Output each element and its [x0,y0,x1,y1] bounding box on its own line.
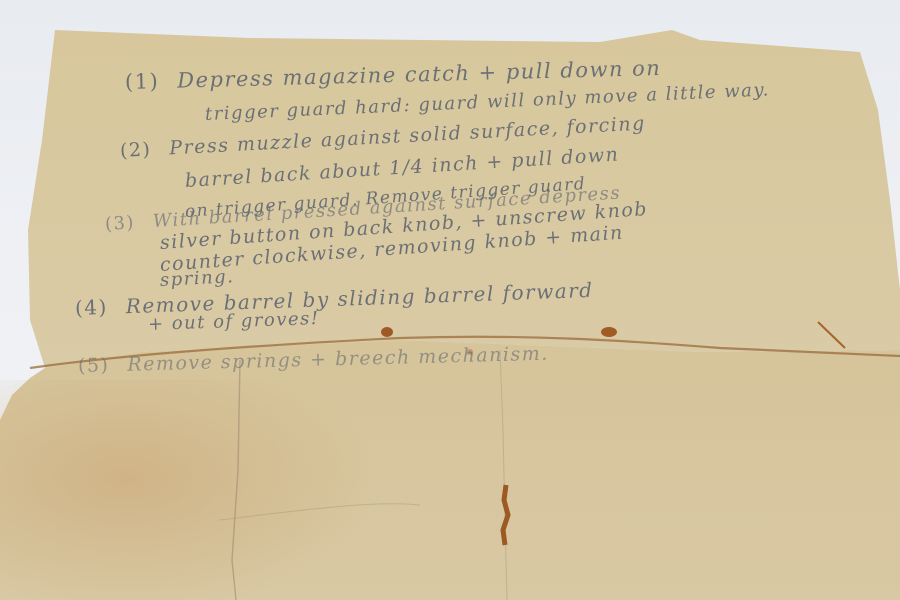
paper-upper-panel [28,30,900,368]
rust-spot [381,327,393,337]
water-stain [0,380,420,600]
aged-paper [0,0,900,600]
rust-spot [601,327,617,337]
rust-spot-small [467,349,473,355]
photo-scene: (1)Depress magazine catch + pull down on… [0,0,900,600]
